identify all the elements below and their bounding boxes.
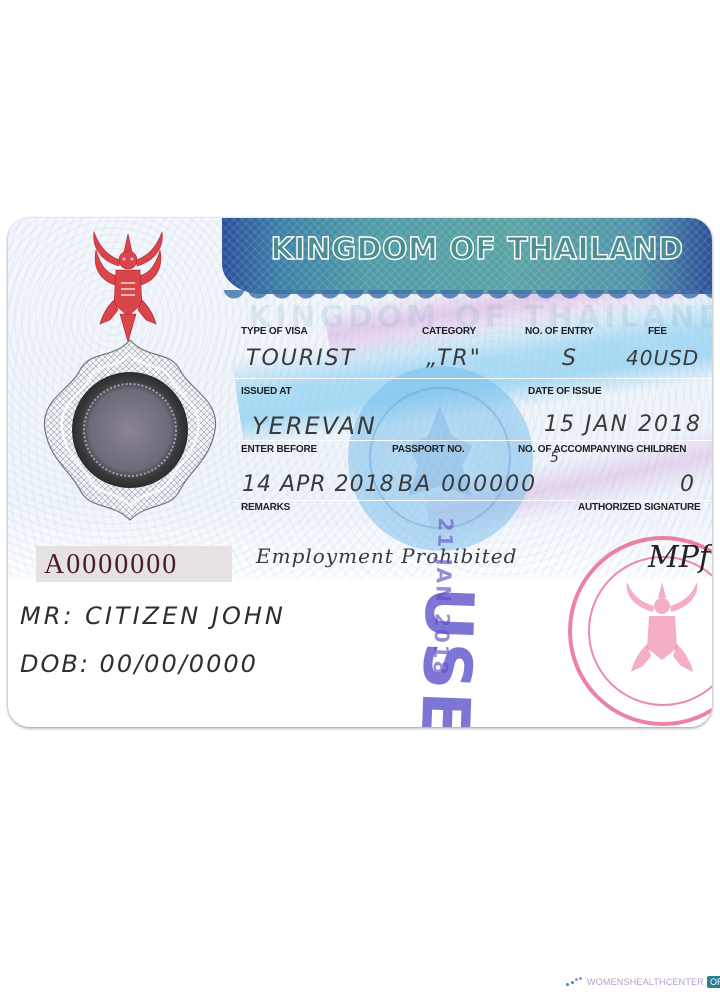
- enter-before-label: ENTER BEFORE: [241, 444, 317, 455]
- holder-name: MR: CITIZEN JOHN: [20, 602, 286, 630]
- category-value: „TR": [426, 346, 482, 371]
- issued-at-label: ISSUED AT: [241, 386, 291, 397]
- type-of-visa-label: TYPE OF VISA: [241, 326, 308, 337]
- consulate-garuda-icon: [617, 580, 707, 680]
- annotation-digit: 5: [550, 450, 561, 466]
- type-of-visa-value: TOURIST: [246, 346, 356, 371]
- watermark-text: KINGDOM OF THAILAND: [248, 300, 712, 335]
- no-of-entry-value: S: [562, 346, 578, 371]
- holder-dob: DOB: 00/00/0000: [20, 650, 258, 678]
- remarks-value: Employment Prohibited: [256, 544, 517, 568]
- passport-no-label: PASSPORT NO.: [392, 444, 464, 455]
- accompanying-children-value: 0: [680, 472, 696, 497]
- header-banner: KINGDOM OF THAILAND: [222, 218, 712, 294]
- fee-label: FEE: [648, 326, 667, 337]
- hologram-rosette-icon: [30, 330, 230, 530]
- fee-value: 40USD: [626, 346, 699, 370]
- serial-number: A0000000: [44, 549, 178, 581]
- date-of-issue-value: 15 JAN 2018: [544, 412, 702, 437]
- passport-no-value: BA 000000: [398, 472, 537, 497]
- remarks-label: REMARKS: [241, 502, 290, 513]
- authorized-signature-label: AUTHORIZED SIGNATURE: [578, 502, 700, 513]
- authorized-signature: MPf: [648, 540, 710, 575]
- logo-dots-icon: [566, 977, 584, 987]
- logo-brand-text: WOMENSHEALTHCENTER: [587, 977, 704, 987]
- footer-logo[interactable]: WOMENSHEALTHCENTER ORG: [566, 976, 720, 988]
- accompanying-children-label: NO. OF ACCOMPANYING CHILDREN: [518, 444, 686, 455]
- used-stamp: USED: [404, 585, 488, 727]
- divider: [234, 500, 712, 501]
- visa-card: KINGDOM OF THAILAND KINGDOM OF THAILAND: [8, 218, 712, 727]
- date-of-issue-label: DATE OF ISSUE: [528, 386, 601, 397]
- issued-at-value: YEREVAN: [252, 412, 377, 440]
- logo-tld-badge: ORG: [707, 976, 720, 988]
- document-title: KINGDOM OF THAILAND: [252, 232, 702, 267]
- divider: [234, 440, 712, 441]
- category-label: CATEGORY: [422, 326, 476, 337]
- enter-before-value: 14 APR 2018: [242, 472, 395, 497]
- divider: [234, 378, 712, 379]
- no-of-entry-label: NO. OF ENTRY: [525, 326, 593, 337]
